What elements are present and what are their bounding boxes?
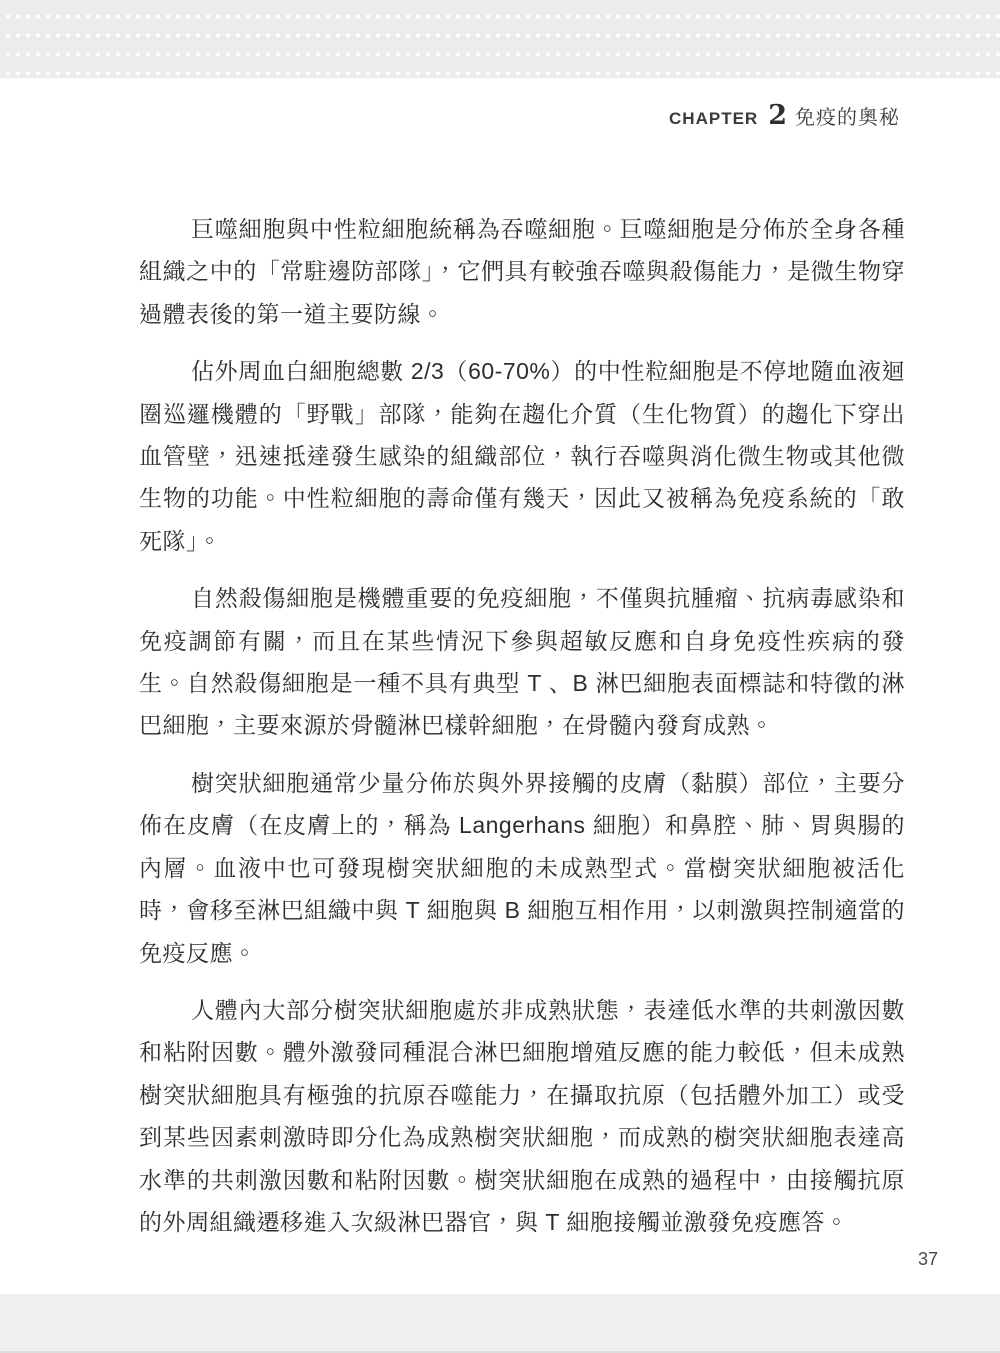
chapter-title: 免疫的奧秘 [795, 101, 900, 130]
paragraph-nk-cells: 自然殺傷細胞是機體重要的免疫細胞，不僅與抗腫瘤、抗病毒感染和免疫調節有關，而且在… [139, 577, 905, 747]
chapter-label: CHAPTER [669, 109, 758, 129]
paragraph-phagocytes: 巨噬細胞與中性粒細胞統稱為吞噬細胞。巨噬細胞是分佈於全身各種組織之中的「常駐邊防… [139, 208, 905, 335]
page-number: 37 [918, 1249, 938, 1270]
page-body-text: 巨噬細胞與中性粒細胞統稱為吞噬細胞。巨噬細胞是分佈於全身各種組織之中的「常駐邊防… [139, 208, 905, 1258]
chapter-header: CHAPTER 2 免疫的奧秘 [669, 100, 900, 131]
book-page: CHAPTER 2 免疫的奧秘 巨噬細胞與中性粒細胞統稱為吞噬細胞。巨噬細胞是分… [0, 0, 1000, 1353]
paragraph-dendritic-maturation: 人體內大部分樹突狀細胞處於非成熟狀態，表達低水準的共刺激因數和粘附因數。體外激發… [139, 989, 905, 1243]
paragraph-dendritic-cells: 樹突狀細胞通常少量分佈於與外界接觸的皮膚（黏膜）部位，主要分佈在皮膚（在皮膚上的… [139, 762, 905, 974]
footer-band [0, 1294, 1000, 1353]
dotted-pattern-band [0, 0, 1000, 78]
chapter-number: 2 [768, 100, 787, 131]
paragraph-neutrophils: 佔外周血白細胞總數 2/3（60-70%）的中性粒細胞是不停地隨血液迴圈巡邏機體… [139, 350, 905, 562]
